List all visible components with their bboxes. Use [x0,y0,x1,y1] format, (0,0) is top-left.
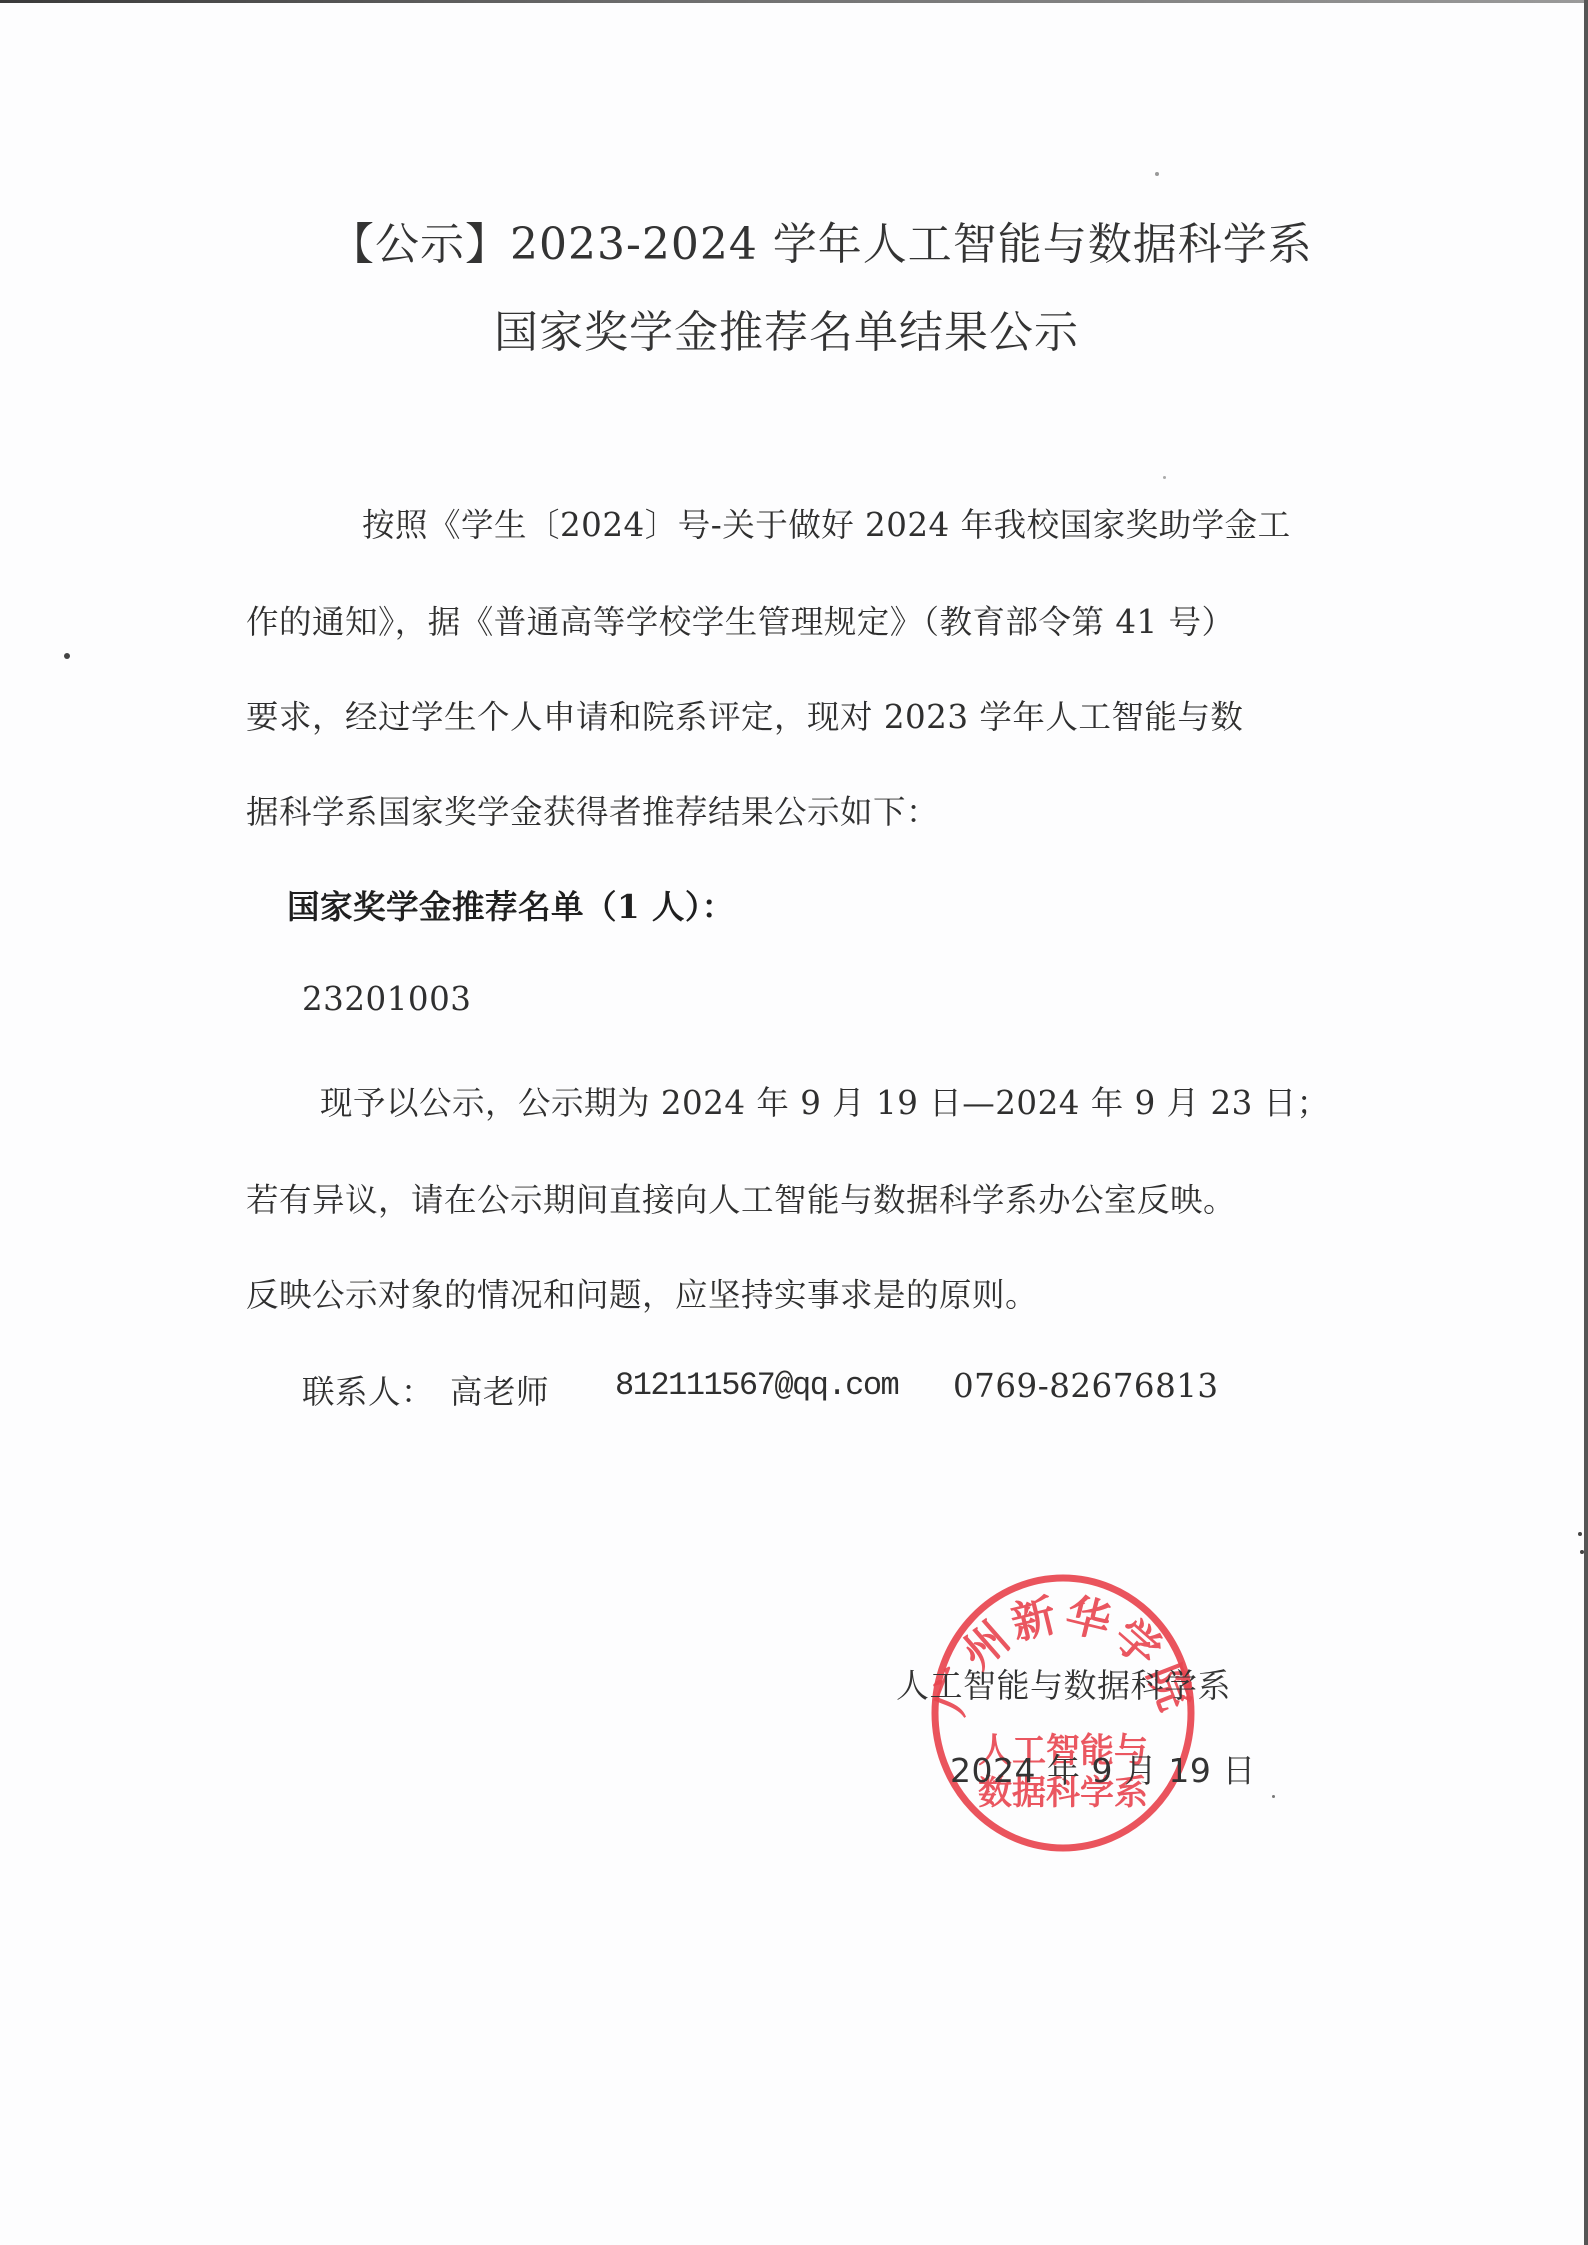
signature-date: 2024 年 9 月 19 日 [950,1745,1256,1792]
recommended-student-id: 23201003 [302,980,471,1018]
contact-label: 联系人： [302,1367,434,1413]
body-paragraph-2-line-3: 反映公示对象的情况和问题，应坚持实事求是的原则。 [246,1270,1038,1316]
scanned-document-page: 【公示】2023-2024 学年人工智能与数据科学系 国家奖学金推荐名单结果公示… [0,0,1588,2245]
scan-speck [64,653,70,659]
body-paragraph-2-line-2: 若有异议，请在公示期间直接向人工智能与数据科学系办公室反映。 [246,1175,1236,1221]
body-paragraph-1-line-1: 按照《学生〔2024〕号-关于做好 2024 年我校国家奖助学金工 [362,500,1291,546]
official-seal-stamp: 广州新华学院 人工智能与 数据科学系 [928,1572,1198,1854]
document-title-line-1: 【公示】2023-2024 学年人工智能与数据科学系 [330,208,1313,272]
scan-speck [1272,1795,1275,1798]
scan-edge-top [0,0,1588,3]
body-paragraph-2-line-1: 现予以公示，公示期为 2024 年 9 月 19 日—2024 年 9 月 23… [320,1078,1330,1124]
scan-speck [1578,1532,1582,1536]
body-paragraph-1-line-4: 据科学系国家奖学金获得者推荐结果公示如下： [246,787,939,833]
scan-speck [1580,1550,1584,1554]
signature-department: 人工智能与数据科学系 [896,1660,1231,1707]
scan-speck [1163,476,1166,479]
document-title-line-2: 国家奖学金推荐名单结果公示 [494,296,1079,360]
scan-speck [1155,172,1159,176]
body-paragraph-1-line-3: 要求，经过学生个人申请和院系评定，现对 2023 学年人工智能与数 [246,692,1243,738]
recommendation-list-heading: 国家奖学金推荐名单（1 人）： [287,882,735,928]
contact-name: 高老师 [450,1367,549,1413]
scan-edge-right [1584,0,1588,2245]
contact-email: 812111567@qq.com [615,1367,898,1404]
contact-phone: 0769-82676813 [953,1367,1219,1405]
body-paragraph-1-line-2: 作的通知》，据《普通高等学校学生管理规定》（教育部令第 41 号） [246,597,1235,643]
